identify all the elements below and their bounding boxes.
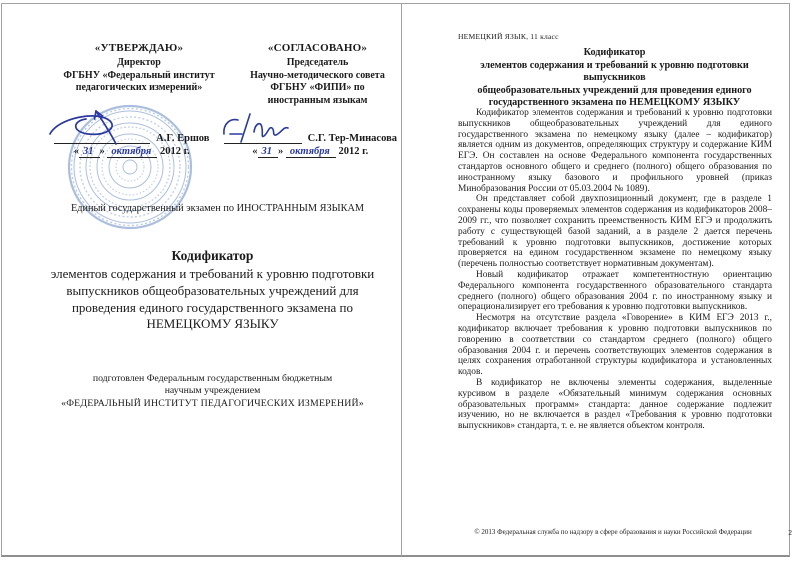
prepared-line: подготовлен Федеральным государственным … <box>28 373 397 385</box>
subtitle-line: НЕМЕЦКОМУ ЯЗЫКУ <box>28 316 397 333</box>
prepared-line: научным учреждением <box>28 385 397 397</box>
subtitle-line: выпускников общеобразовательных учрежден… <box>28 283 397 300</box>
agree-line: Научно-методического совета <box>238 70 397 83</box>
approve-line: ФГБНУ «Федеральный институт <box>40 70 238 83</box>
agree-title: «СОГЛАСОВАНО» <box>238 42 397 54</box>
agree-signer-name: С.Г. Тер-Минасова <box>308 133 397 144</box>
prepared-line: «ФЕДЕРАЛЬНЫЙ ИНСТИТУТ ПЕДАГОГИЧЕСКИХ ИЗМ… <box>28 398 397 410</box>
running-header: НЕМЕЦКИЙ ЯЗЫК, 11 класс <box>458 32 559 41</box>
document-title: Кодификатор <box>28 248 397 264</box>
paragraph: Кодификатор элементов содержания и требо… <box>458 108 772 194</box>
agree-signature-block: С.Г. Тер-Минасова «31» октября 2012 г. <box>224 118 397 157</box>
agree-line: ФГБНУ «ФИПИ» по <box>238 82 397 95</box>
ter-minasova-signature-icon <box>220 112 310 151</box>
paragraph: Новый кодификатор отражает компетентност… <box>458 270 772 313</box>
copyright-text: © 2013 Федеральная служба по надзору в с… <box>474 528 751 536</box>
exam-subject-line: Единый государственный экзамен по ИНОСТР… <box>38 203 397 214</box>
signatures-row: А.Г. Ершов «31» октября 2012 г. <box>40 118 397 157</box>
approve-signature-block: А.Г. Ершов «31» октября 2012 г. <box>40 118 224 157</box>
approve-line: педагогических измерений» <box>40 82 238 95</box>
signature-underline <box>54 126 150 144</box>
approve-title: «УТВЕРЖДАЮ» <box>40 42 238 54</box>
paragraph: В кодификатор не включены элементы содер… <box>458 378 772 432</box>
title-line: общеобразовательных учреждений для прове… <box>452 85 777 98</box>
document-subtitle: элементов содержания и требований к уров… <box>28 266 397 333</box>
subtitle-line: проведения единого государственного экза… <box>28 300 397 317</box>
agree-date-year: 2012 г. <box>338 146 368 157</box>
paragraph: Он представляет собой двухпозиционный до… <box>458 194 772 270</box>
approve-block: «УТВЕРЖДАЮ» Директор ФГБНУ «Федеральный … <box>40 42 238 107</box>
approve-signer-name: А.Г. Ершов <box>156 133 209 144</box>
page-title: Кодификатор элементов содержания и требо… <box>452 47 777 110</box>
intro-page: НЕМЕЦКИЙ ЯЗЫК, 11 класс Кодификатор элем… <box>401 3 790 557</box>
approve-line: Директор <box>40 57 238 70</box>
paragraph: Несмотря на отсутствие раздела «Говорени… <box>458 313 772 378</box>
title-line: Кодификатор <box>452 47 777 60</box>
ershov-signature-icon <box>44 108 154 151</box>
approve-date-year: 2012 г. <box>160 146 190 157</box>
subtitle-line: элементов содержания и требований к уров… <box>28 266 397 283</box>
body-text: Кодификатор элементов содержания и требо… <box>458 108 772 432</box>
agree-line: иностранным языкам <box>238 95 397 108</box>
page-footer: © 2013 Федеральная служба по надзору в с… <box>448 528 778 536</box>
signature-underline <box>224 126 302 144</box>
title-page: «УТВЕРЖДАЮ» Директор ФГБНУ «Федеральный … <box>1 3 402 557</box>
agree-line: Председатель <box>238 57 397 70</box>
approval-headers: «УТВЕРЖДАЮ» Директор ФГБНУ «Федеральный … <box>40 42 397 107</box>
prepared-by-block: подготовлен Федеральным государственным … <box>28 373 397 410</box>
title-line: элементов содержания и требований к уров… <box>452 60 777 85</box>
agree-block: «СОГЛАСОВАНО» Председатель Научно-методи… <box>238 42 397 107</box>
page-number: 2 <box>788 528 792 537</box>
